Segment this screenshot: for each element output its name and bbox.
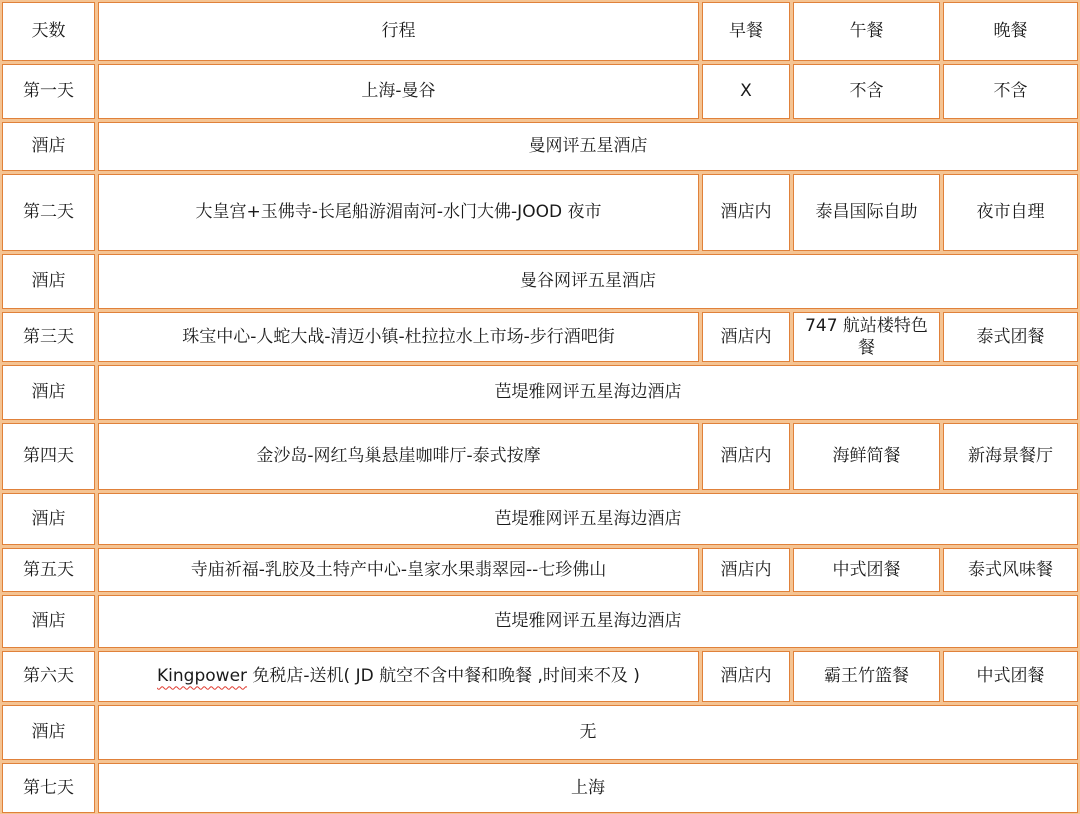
breakfast-cell: 酒店内 <box>702 174 790 251</box>
lunch-cell: 中式团餐 <box>793 548 940 592</box>
misspelled-word: Kingpower <box>157 666 247 686</box>
lunch-cell: 不含 <box>793 64 940 119</box>
day-label: 第三天 <box>2 312 95 362</box>
day4-row: 第四天 金沙岛-网红鸟巢悬崖咖啡厅-泰式按摩 酒店内 海鲜简餐 新海景餐厅 <box>2 423 1078 490</box>
hotel-value: 芭堤雅网评五星海边酒店 <box>98 365 1078 420</box>
trip-cell: 金沙岛-网红鸟巢悬崖咖啡厅-泰式按摩 <box>98 423 699 490</box>
day5-row: 第五天 寺庙祈福-乳胶及土特产中心-皇家水果翡翠园--七珍佛山 酒店内 中式团餐… <box>2 548 1078 592</box>
header-cell-dinner: 晚餐 <box>943 2 1078 61</box>
trip-cell: 上海 <box>98 763 1078 813</box>
day1-row: 第一天 上海-曼谷 X 不含 不含 <box>2 64 1078 119</box>
breakfast-cell: X <box>702 64 790 119</box>
trip-cell: 珠宝中心-人蛇大战-清迈小镇-杜拉拉水上市场-步行酒吧街 <box>98 312 699 362</box>
header-row: 天数 行程 早餐 午餐 晚餐 <box>2 2 1078 61</box>
hotel-label: 酒店 <box>2 122 95 171</box>
day6-row: 第六天 Kingpower 免税店-送机( JD 航空不含中餐和晚餐 ,时间来不… <box>2 651 1078 702</box>
hotel-label: 酒店 <box>2 254 95 309</box>
hotel6-row: 酒店 无 <box>2 705 1078 760</box>
day-label: 第四天 <box>2 423 95 490</box>
day-label: 第五天 <box>2 548 95 592</box>
itinerary-table: 天数 行程 早餐 午餐 晚餐 第一天 上海-曼谷 X 不含 不含 酒店 曼网评五… <box>0 0 1080 814</box>
lunch-cell: 海鲜简餐 <box>793 423 940 490</box>
dinner-cell: 泰式团餐 <box>943 312 1078 362</box>
breakfast-cell: 酒店内 <box>702 423 790 490</box>
dinner-cell: 泰式风味餐 <box>943 548 1078 592</box>
hotel-label: 酒店 <box>2 595 95 648</box>
hotel3-row: 酒店 芭堤雅网评五星海边酒店 <box>2 365 1078 420</box>
lunch-cell: 霸王竹篮餐 <box>793 651 940 702</box>
hotel-value: 曼网评五星酒店 <box>98 122 1078 171</box>
breakfast-cell: 酒店内 <box>702 312 790 362</box>
dinner-cell: 不含 <box>943 64 1078 119</box>
day-label: 第二天 <box>2 174 95 251</box>
breakfast-cell: 酒店内 <box>702 651 790 702</box>
trip-cell: Kingpower 免税店-送机( JD 航空不含中餐和晚餐 ,时间来不及 ) <box>98 651 699 702</box>
day-label: 第七天 <box>2 763 95 813</box>
hotel-label: 酒店 <box>2 705 95 760</box>
day-label: 第六天 <box>2 651 95 702</box>
lunch-cell: 747 航站楼特色餐 <box>793 312 940 362</box>
day3-row: 第三天 珠宝中心-人蛇大战-清迈小镇-杜拉拉水上市场-步行酒吧街 酒店内 747… <box>2 312 1078 362</box>
dinner-cell: 新海景餐厅 <box>943 423 1078 490</box>
breakfast-cell: 酒店内 <box>702 548 790 592</box>
trip-cell: 上海-曼谷 <box>98 64 699 119</box>
header-cell-lunch: 午餐 <box>793 2 940 61</box>
hotel-value: 曼谷网评五星酒店 <box>98 254 1078 309</box>
hotel-value: 无 <box>98 705 1078 760</box>
trip-cell: 大皇宫+玉佛寺-长尾船游湄南河-水门大佛-JOOD 夜市 <box>98 174 699 251</box>
header-cell-trip: 行程 <box>98 2 699 61</box>
header-cell-breakfast: 早餐 <box>702 2 790 61</box>
hotel5-row: 酒店 芭堤雅网评五星海边酒店 <box>2 595 1078 648</box>
trip-text: 免税店-送机( JD 航空不含中餐和晚餐 ,时间来不及 ) <box>247 666 640 686</box>
hotel-label: 酒店 <box>2 493 95 545</box>
day-label: 第一天 <box>2 64 95 119</box>
day7-row: 第七天 上海 <box>2 763 1078 813</box>
lunch-cell: 泰昌国际自助 <box>793 174 940 251</box>
hotel-label: 酒店 <box>2 365 95 420</box>
hotel-value: 芭堤雅网评五星海边酒店 <box>98 493 1078 545</box>
hotel1-row: 酒店 曼网评五星酒店 <box>2 122 1078 171</box>
day2-row: 第二天 大皇宫+玉佛寺-长尾船游湄南河-水门大佛-JOOD 夜市 酒店内 泰昌国… <box>2 174 1078 251</box>
trip-cell: 寺庙祈福-乳胶及土特产中心-皇家水果翡翠园--七珍佛山 <box>98 548 699 592</box>
hotel4-row: 酒店 芭堤雅网评五星海边酒店 <box>2 493 1078 545</box>
header-cell-days: 天数 <box>2 2 95 61</box>
itinerary-page: 天数 行程 早餐 午餐 晚餐 第一天 上海-曼谷 X 不含 不含 酒店 曼网评五… <box>0 0 1080 814</box>
hotel-value: 芭堤雅网评五星海边酒店 <box>98 595 1078 648</box>
hotel2-row: 酒店 曼谷网评五星酒店 <box>2 254 1078 309</box>
dinner-cell: 夜市自理 <box>943 174 1078 251</box>
dinner-cell: 中式团餐 <box>943 651 1078 702</box>
